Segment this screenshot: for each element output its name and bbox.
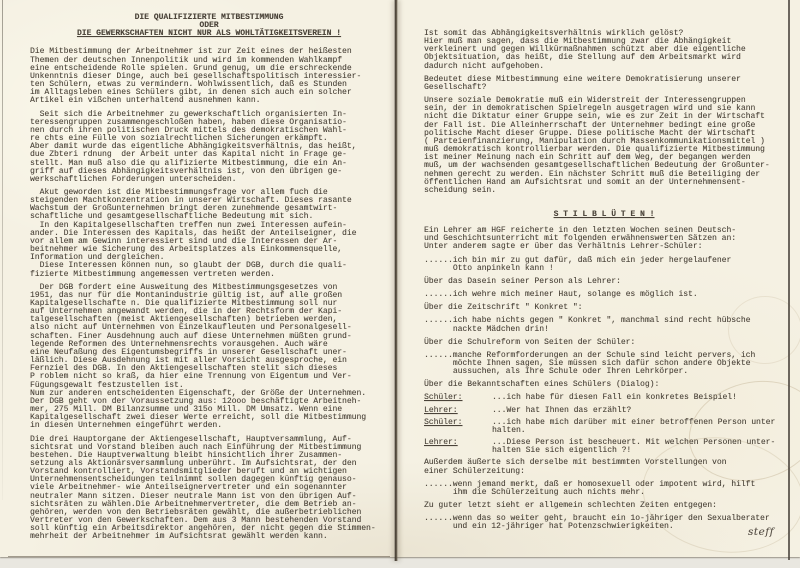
stilblueten-label: Außerdem äußerte sich derselbe mit besti… [424, 459, 784, 475]
stilblueten-label: Über das Dasein seiner Person als Lehrer… [424, 278, 784, 286]
left-page: DIE QUALIFIZIERTE MITBESTIMMUNG ODER DIE… [30, 14, 388, 547]
title-line-3: DIE GEWERKSCHAFTEN NICHT NUR ALS WOHLTÄT… [30, 30, 388, 38]
paragraph: Ist somit das Abhängigkeitsverhältnis wi… [424, 30, 784, 71]
article-title: DIE QUALIFIZIERTE MITBESTIMMUNG ODER DIE… [30, 14, 388, 38]
stilblueten-label: Zu guter letzt sieht er allgemein schlec… [424, 502, 784, 510]
dialog-line: Lehrer: ...Diese Person ist bescheuert. … [424, 439, 784, 455]
paragraph: Der DGB fordert eine Ausweitung des Mitb… [30, 284, 388, 431]
scanned-document: DIE QUALIFIZIERTE MITBESTIMMUNG ODER DIE… [0, 0, 800, 568]
paragraph: Die Mitbestimmung der Arbeitnehmer ist z… [30, 48, 388, 105]
dialog-speaker: Schüler: [424, 419, 492, 435]
paragraph: Die drei Hauptorgane der Aktiengesellsch… [30, 436, 388, 542]
dialog-line: Schüler: ...ich habe für diesen Fall ein… [424, 394, 784, 402]
dialog-text: ...Wer hat Ihnen das erzählt? [492, 407, 631, 415]
paragraph: Bedeutet diese Mitbestimmung eine weiter… [424, 76, 784, 92]
stilblueten-quote: ......ich bin mir zu gut dafür, daß mich… [424, 257, 784, 273]
dialog-line: Schüler: ...ich habe mich darüber mit ei… [424, 419, 784, 435]
right-page: Ist somit das Abhängigkeitsverhältnis wi… [424, 30, 784, 536]
stilblueten-quote: ......manche Reformforderungen an der Sc… [424, 352, 784, 376]
stilblueten-quote: ......ich habe nichts gegen " Konkret ",… [424, 317, 784, 333]
page-gutter-fold [394, 0, 398, 561]
dialog-speaker: Lehrer: [424, 407, 492, 415]
paragraph: Unsere soziale Demokratie muß ein Widers… [424, 97, 784, 195]
paragraph: Seit sich die Arbeitnehmer zu gewerkscha… [30, 111, 388, 184]
scan-edge-right [788, 0, 790, 560]
dialog-text: ...Diese Person ist bescheuert. Mit welc… [492, 439, 775, 455]
stilblueten-quote: ......ich wehre mich meiner Haut, solang… [424, 291, 784, 299]
dialog-text: ...ich habe für diesen Fall ein konkrete… [492, 394, 737, 402]
dialog-text: ...ich habe mich darüber mit einer betro… [492, 419, 775, 435]
dialog-speaker: Schüler: [424, 394, 492, 402]
dialog-line: Lehrer: ...Wer hat Ihnen das erzählt? [424, 407, 784, 415]
stilblueten-label: Über die Schulreform von Seiten der Schü… [424, 339, 784, 347]
stilblueten-label: Über die Zeitschrift " Konkret ": [424, 304, 784, 312]
stilblueten-label: Über die Bekanntschaften eines Schülers … [424, 381, 784, 389]
stilblueten-heading: S T I L B L Ü T E N ! [424, 211, 784, 219]
stilblueten-quote: ......wenn jemand merkt, daß er homosexu… [424, 481, 784, 497]
scan-edge-left [2, 0, 3, 500]
dialog-speaker: Lehrer: [424, 439, 492, 455]
page-bottom-edge [8, 556, 390, 557]
stilblueten-intro: Ein Lehrer am HGF reicherte in den letzt… [424, 227, 784, 251]
paragraph: Akut geworden ist die Mitbestimmungsfrag… [30, 189, 388, 279]
